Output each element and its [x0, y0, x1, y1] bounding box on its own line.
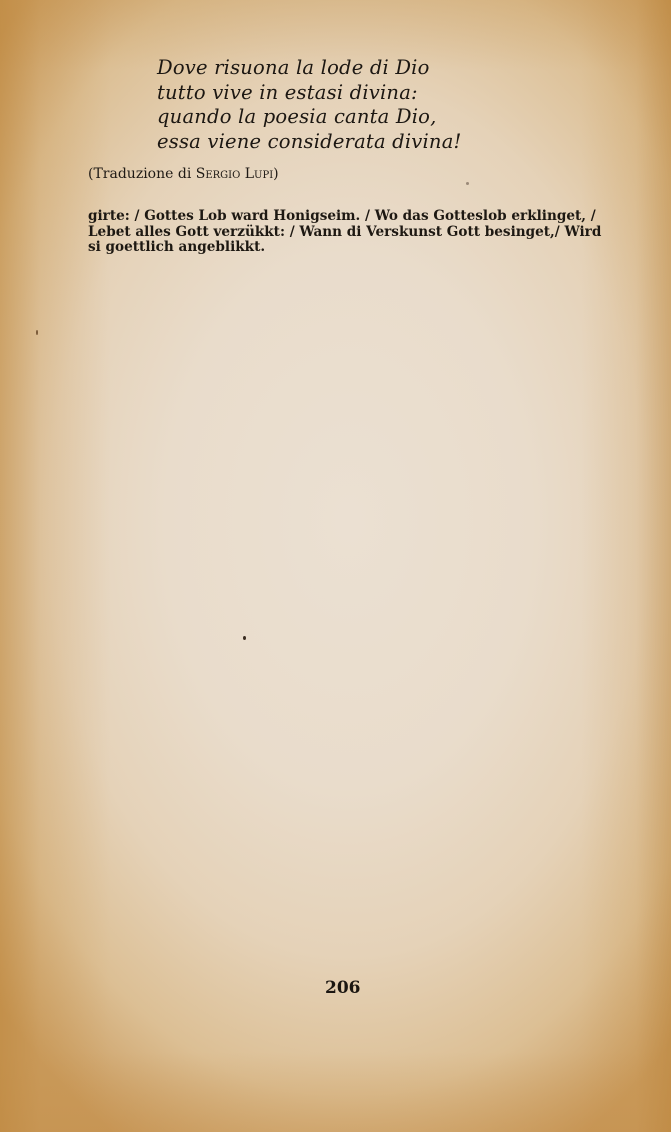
poem-translation: Dove risuona la lode di Dio tutto vive i…: [157, 56, 462, 154]
footnote-line: girte: / Gottes Lob ward Honigseim. / Wo…: [88, 209, 618, 225]
translation-credit: (Traduzione di Sergio Lupi): [88, 166, 279, 182]
page-number: 206: [325, 978, 361, 998]
book-page: Dove risuona la lode di Dio tutto vive i…: [0, 0, 671, 1132]
footnote-line: Lebet alles Gott verzükkt: / Wann di Ver…: [88, 225, 618, 241]
credit-prefix: (Traduzione di: [88, 166, 196, 182]
paper-speck: [243, 636, 246, 640]
poem-line: tutto vive in estasi divina:: [157, 81, 462, 106]
poem-line: essa viene considerata divina!: [157, 130, 462, 155]
paper-speck: [36, 330, 38, 335]
translator-name: Sergio Lupi: [196, 166, 273, 182]
poem-line: Dove risuona la lode di Dio: [157, 56, 462, 81]
poem-line: quando la poesia canta Dio,: [157, 105, 462, 130]
paper-speck: [466, 182, 469, 185]
footnote-line: si goettlich angeblikkt.: [88, 240, 618, 256]
credit-suffix: ): [273, 166, 278, 182]
footnote-original-text: girte: / Gottes Lob ward Honigseim. / Wo…: [88, 209, 618, 256]
